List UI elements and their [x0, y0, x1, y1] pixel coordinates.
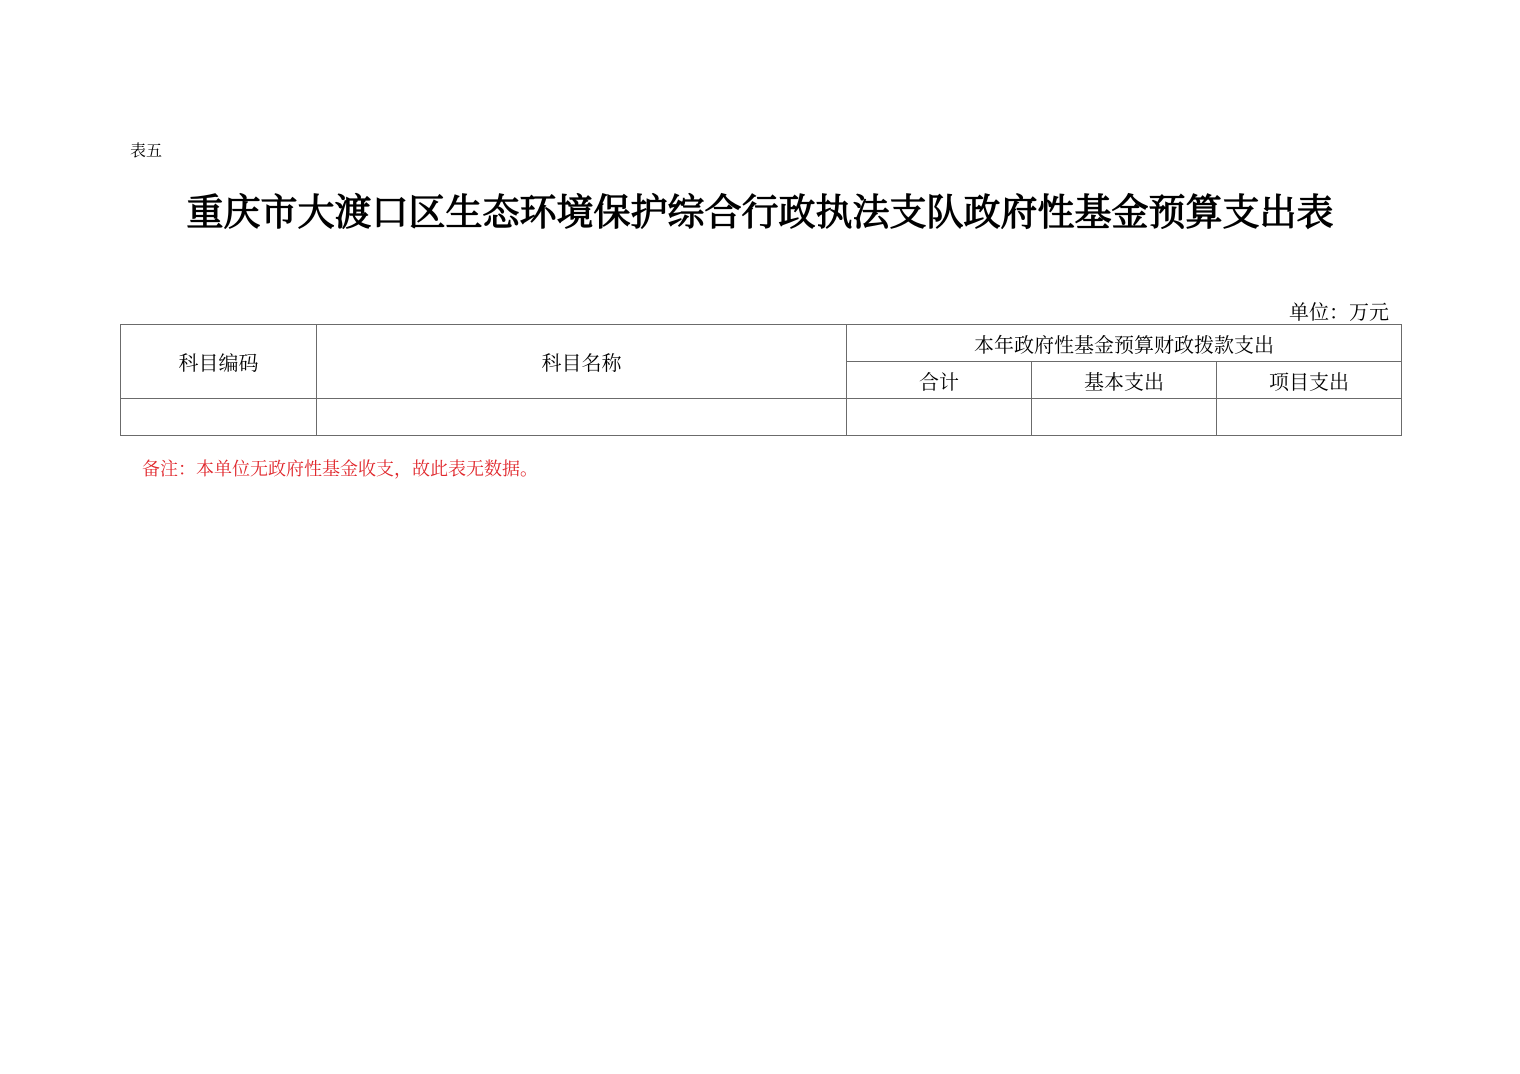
- cell-code: [121, 399, 317, 436]
- header-total: 合计: [847, 362, 1032, 399]
- cell-basic: [1032, 399, 1217, 436]
- page-title: 重庆市大渡口区生态环境保护综合行政执法支队政府性基金预算支出表: [120, 182, 1400, 236]
- cell-name: [317, 399, 847, 436]
- table-number-label: 表五: [130, 138, 162, 161]
- remark-note: 备注：本单位无政府性基金收支，故此表无数据。: [142, 455, 538, 481]
- unit-label: 单位：万元: [1289, 296, 1389, 325]
- header-subject-name: 科目名称: [317, 325, 847, 399]
- header-group-appropriation: 本年政府性基金预算财政拨款支出: [847, 325, 1402, 362]
- header-project-expenditure: 项目支出: [1217, 362, 1402, 399]
- header-subject-code: 科目编码: [121, 325, 317, 399]
- cell-project: [1217, 399, 1402, 436]
- table-row: [121, 399, 1402, 436]
- budget-table: 科目编码 科目名称 本年政府性基金预算财政拨款支出 合计 基本支出 项目支出: [120, 324, 1402, 436]
- header-basic-expenditure: 基本支出: [1032, 362, 1217, 399]
- cell-total: [847, 399, 1032, 436]
